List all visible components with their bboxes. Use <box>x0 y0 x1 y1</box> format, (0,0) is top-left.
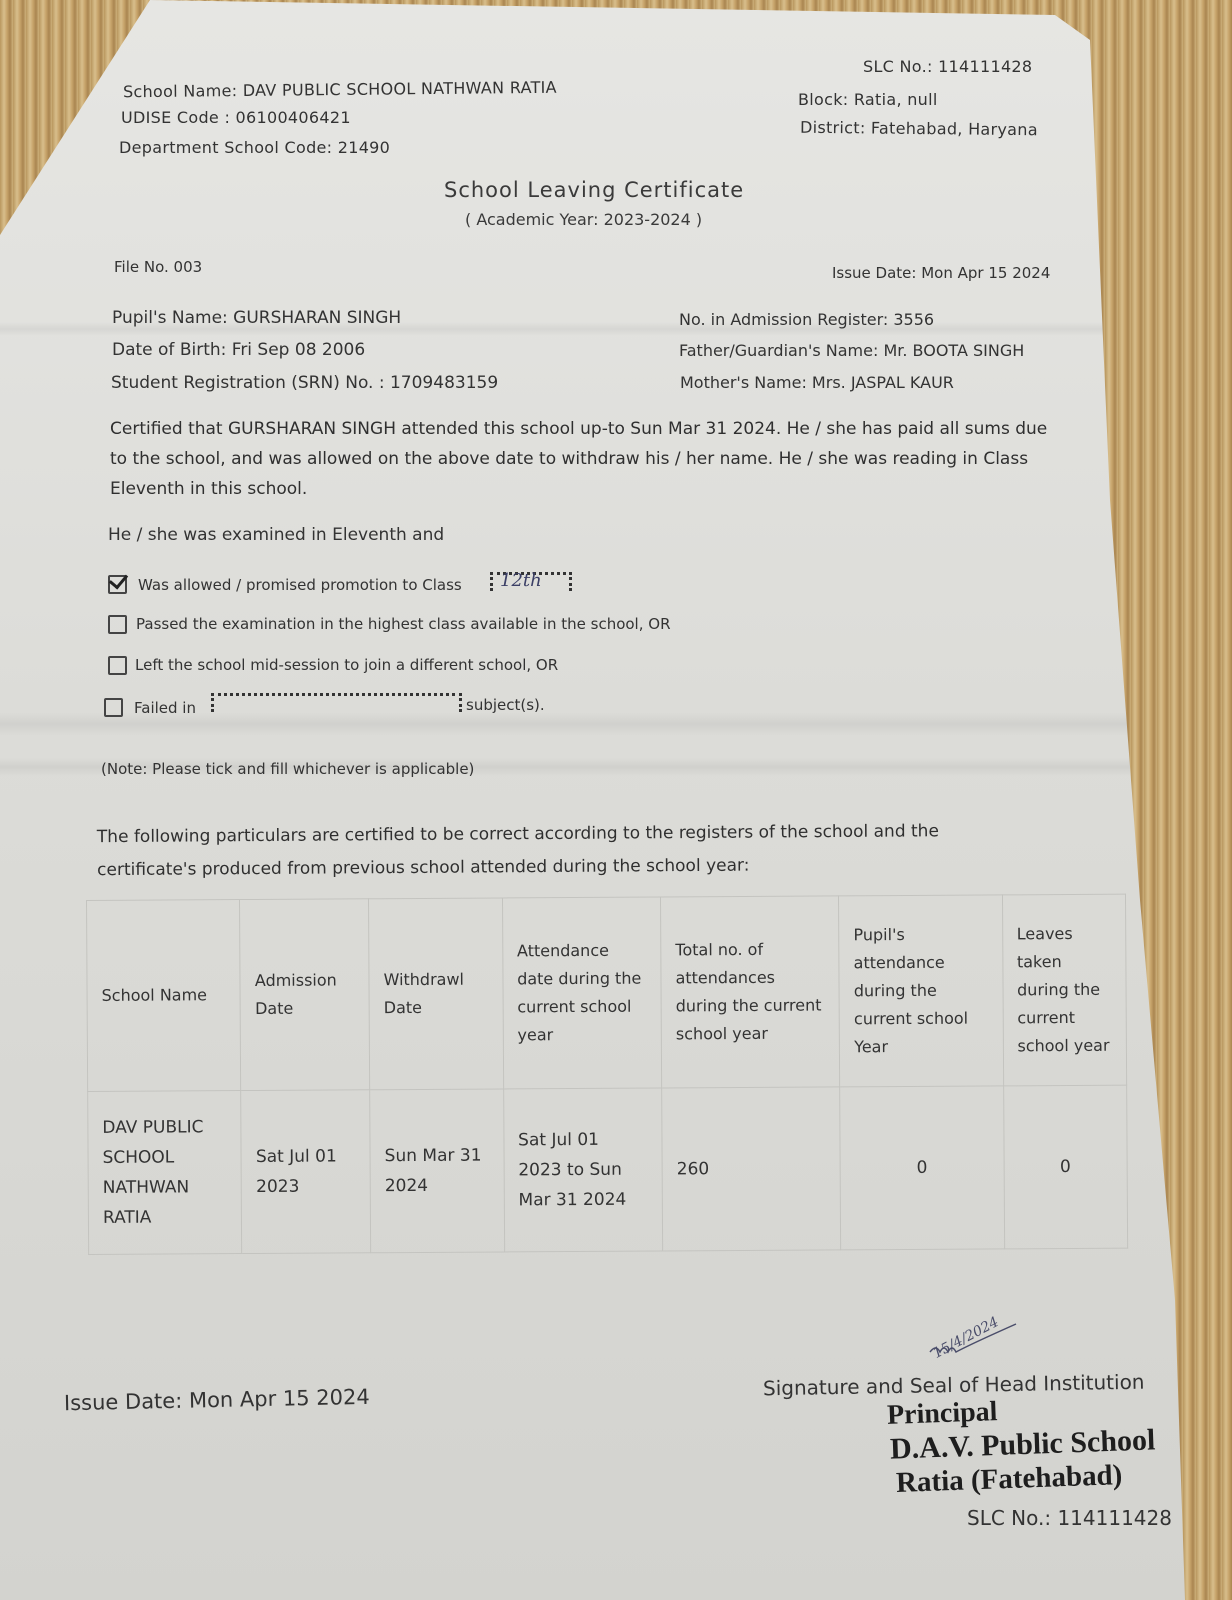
issue-date-bottom: Issue Date: Mon Apr 15 2024 <box>64 1385 370 1415</box>
academic-year: ( Academic Year: 2023-2024 ) <box>465 210 702 229</box>
srn-number: Student Registration (SRN) No. : 1709483… <box>111 373 498 393</box>
stamp-location: Ratia (Fatehabad) <box>895 1459 1122 1500</box>
cell-attendance-date: Sat Jul 01 2023 to Sun Mar 31 2024 <box>503 1088 662 1252</box>
option-checkbox-failed[interactable] <box>104 698 123 717</box>
file-number: File No. 003 <box>114 258 202 276</box>
slc-number: SLC No.: 114111428 <box>863 57 1032 76</box>
option-checkbox-promotion[interactable] <box>108 575 127 594</box>
particulars-intro: The following particulars are certified … <box>97 815 997 887</box>
issue-date-top: Issue Date: Mon Apr 15 2024 <box>832 264 1050 282</box>
certificate-title: School Leaving Certificate <box>444 178 744 202</box>
slc-number-bottom: SLC No.: 114111428 <box>967 1506 1172 1530</box>
column-header-attendance-date: Attendance date during the current schoo… <box>502 897 662 1089</box>
examined-statement: He / she was examined in Eleventh and <box>108 525 444 545</box>
udise-code: UDISE Code : 06100406421 <box>121 108 351 127</box>
father-name: Father/Guardian's Name: Mr. BOOTA SINGH <box>679 341 1024 360</box>
date-of-birth: Date of Birth: Fri Sep 08 2006 <box>112 340 365 360</box>
column-header-total-attendances: Total no. of attendances during the curr… <box>661 896 840 1088</box>
signature-label: Signature and Seal of Head Institution <box>763 1370 1145 1401</box>
option-label-passed-highest: Passed the examination in the highest cl… <box>136 615 671 633</box>
column-header-admission-date: Admission Date <box>240 899 370 1091</box>
cell-withdrawal-date: Sun Mar 31 2024 <box>370 1089 505 1253</box>
option-checkbox-passed-highest[interactable] <box>108 615 127 634</box>
column-header-withdrawal-date: Withdrawl Date <box>369 898 504 1090</box>
promotion-class-value: 12th <box>500 570 542 591</box>
failed-subjects-suffix: subject(s). <box>466 696 545 714</box>
certificate-paper: SLC No.: 114111428 School Name: DAV PUBL… <box>0 0 1232 1600</box>
failed-subjects-field[interactable] <box>211 693 462 712</box>
pupil-name: Pupil's Name: GURSHARAN SINGH <box>112 308 401 328</box>
cell-school-name: DAV PUBLIC SCHOOL NATHWAN RATIA <box>88 1091 242 1255</box>
stamp-principal: Principal <box>886 1396 998 1432</box>
table-row: DAV PUBLIC SCHOOL NATHWAN RATIA Sat Jul … <box>88 1085 1128 1254</box>
cell-pupil-attendance: 0 <box>840 1086 1004 1250</box>
option-checkbox-left-mid-session[interactable] <box>108 656 127 675</box>
cell-leaves-taken: 0 <box>1003 1085 1127 1249</box>
department-school-code: Department School Code: 21490 <box>119 138 390 157</box>
option-label-promotion: Was allowed / promised promotion to Clas… <box>138 576 462 594</box>
admission-register-number: No. in Admission Register: 3556 <box>679 310 934 329</box>
cell-admission-date: Sat Jul 01 2023 <box>241 1090 371 1254</box>
note: (Note: Please tick and fill whichever is… <box>101 760 474 778</box>
table-header-row: School Name Admission Date Withdrawl Dat… <box>87 894 1127 1091</box>
school-name: School Name: DAV PUBLIC SCHOOL NATHWAN R… <box>123 78 557 102</box>
option-label-failed: Failed in <box>134 699 196 717</box>
cell-total-attendances: 260 <box>662 1087 841 1251</box>
block: Block: Ratia, null <box>798 90 938 109</box>
district: District: Fatehabad, Haryana <box>800 118 1038 139</box>
column-header-school-name: School Name <box>87 900 242 1092</box>
certification-paragraph: Certified that GURSHARAN SINGH attended … <box>110 414 1060 504</box>
column-header-leaves-taken: Leaves taken during the current school y… <box>1002 894 1127 1086</box>
signature-stroke-icon <box>925 1320 1035 1360</box>
column-header-pupil-attendance: Pupil's attendance during the current sc… <box>839 895 1003 1087</box>
mother-name: Mother's Name: Mrs. JASPAL KAUR <box>680 373 954 392</box>
attendance-records-table: School Name Admission Date Withdrawl Dat… <box>86 894 1128 1255</box>
option-label-left-mid-session: Left the school mid-session to join a di… <box>135 656 558 674</box>
